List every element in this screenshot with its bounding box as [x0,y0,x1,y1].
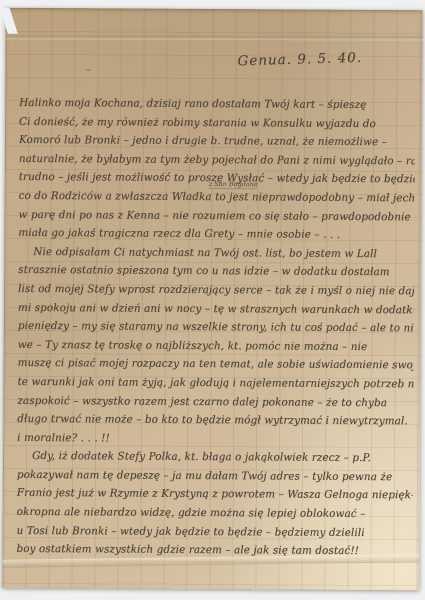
letter-body-text: Halinko moja Kochana, dzisiaj rano dosta… [16,94,415,570]
letter-paper: – Genua. 9. 5. 40. z San Bogdana Halinko… [2,8,423,591]
scanned-letter-page: – Genua. 9. 5. 40. z San Bogdana Halinko… [0,0,425,600]
stray-pen-mark: – [85,62,91,76]
